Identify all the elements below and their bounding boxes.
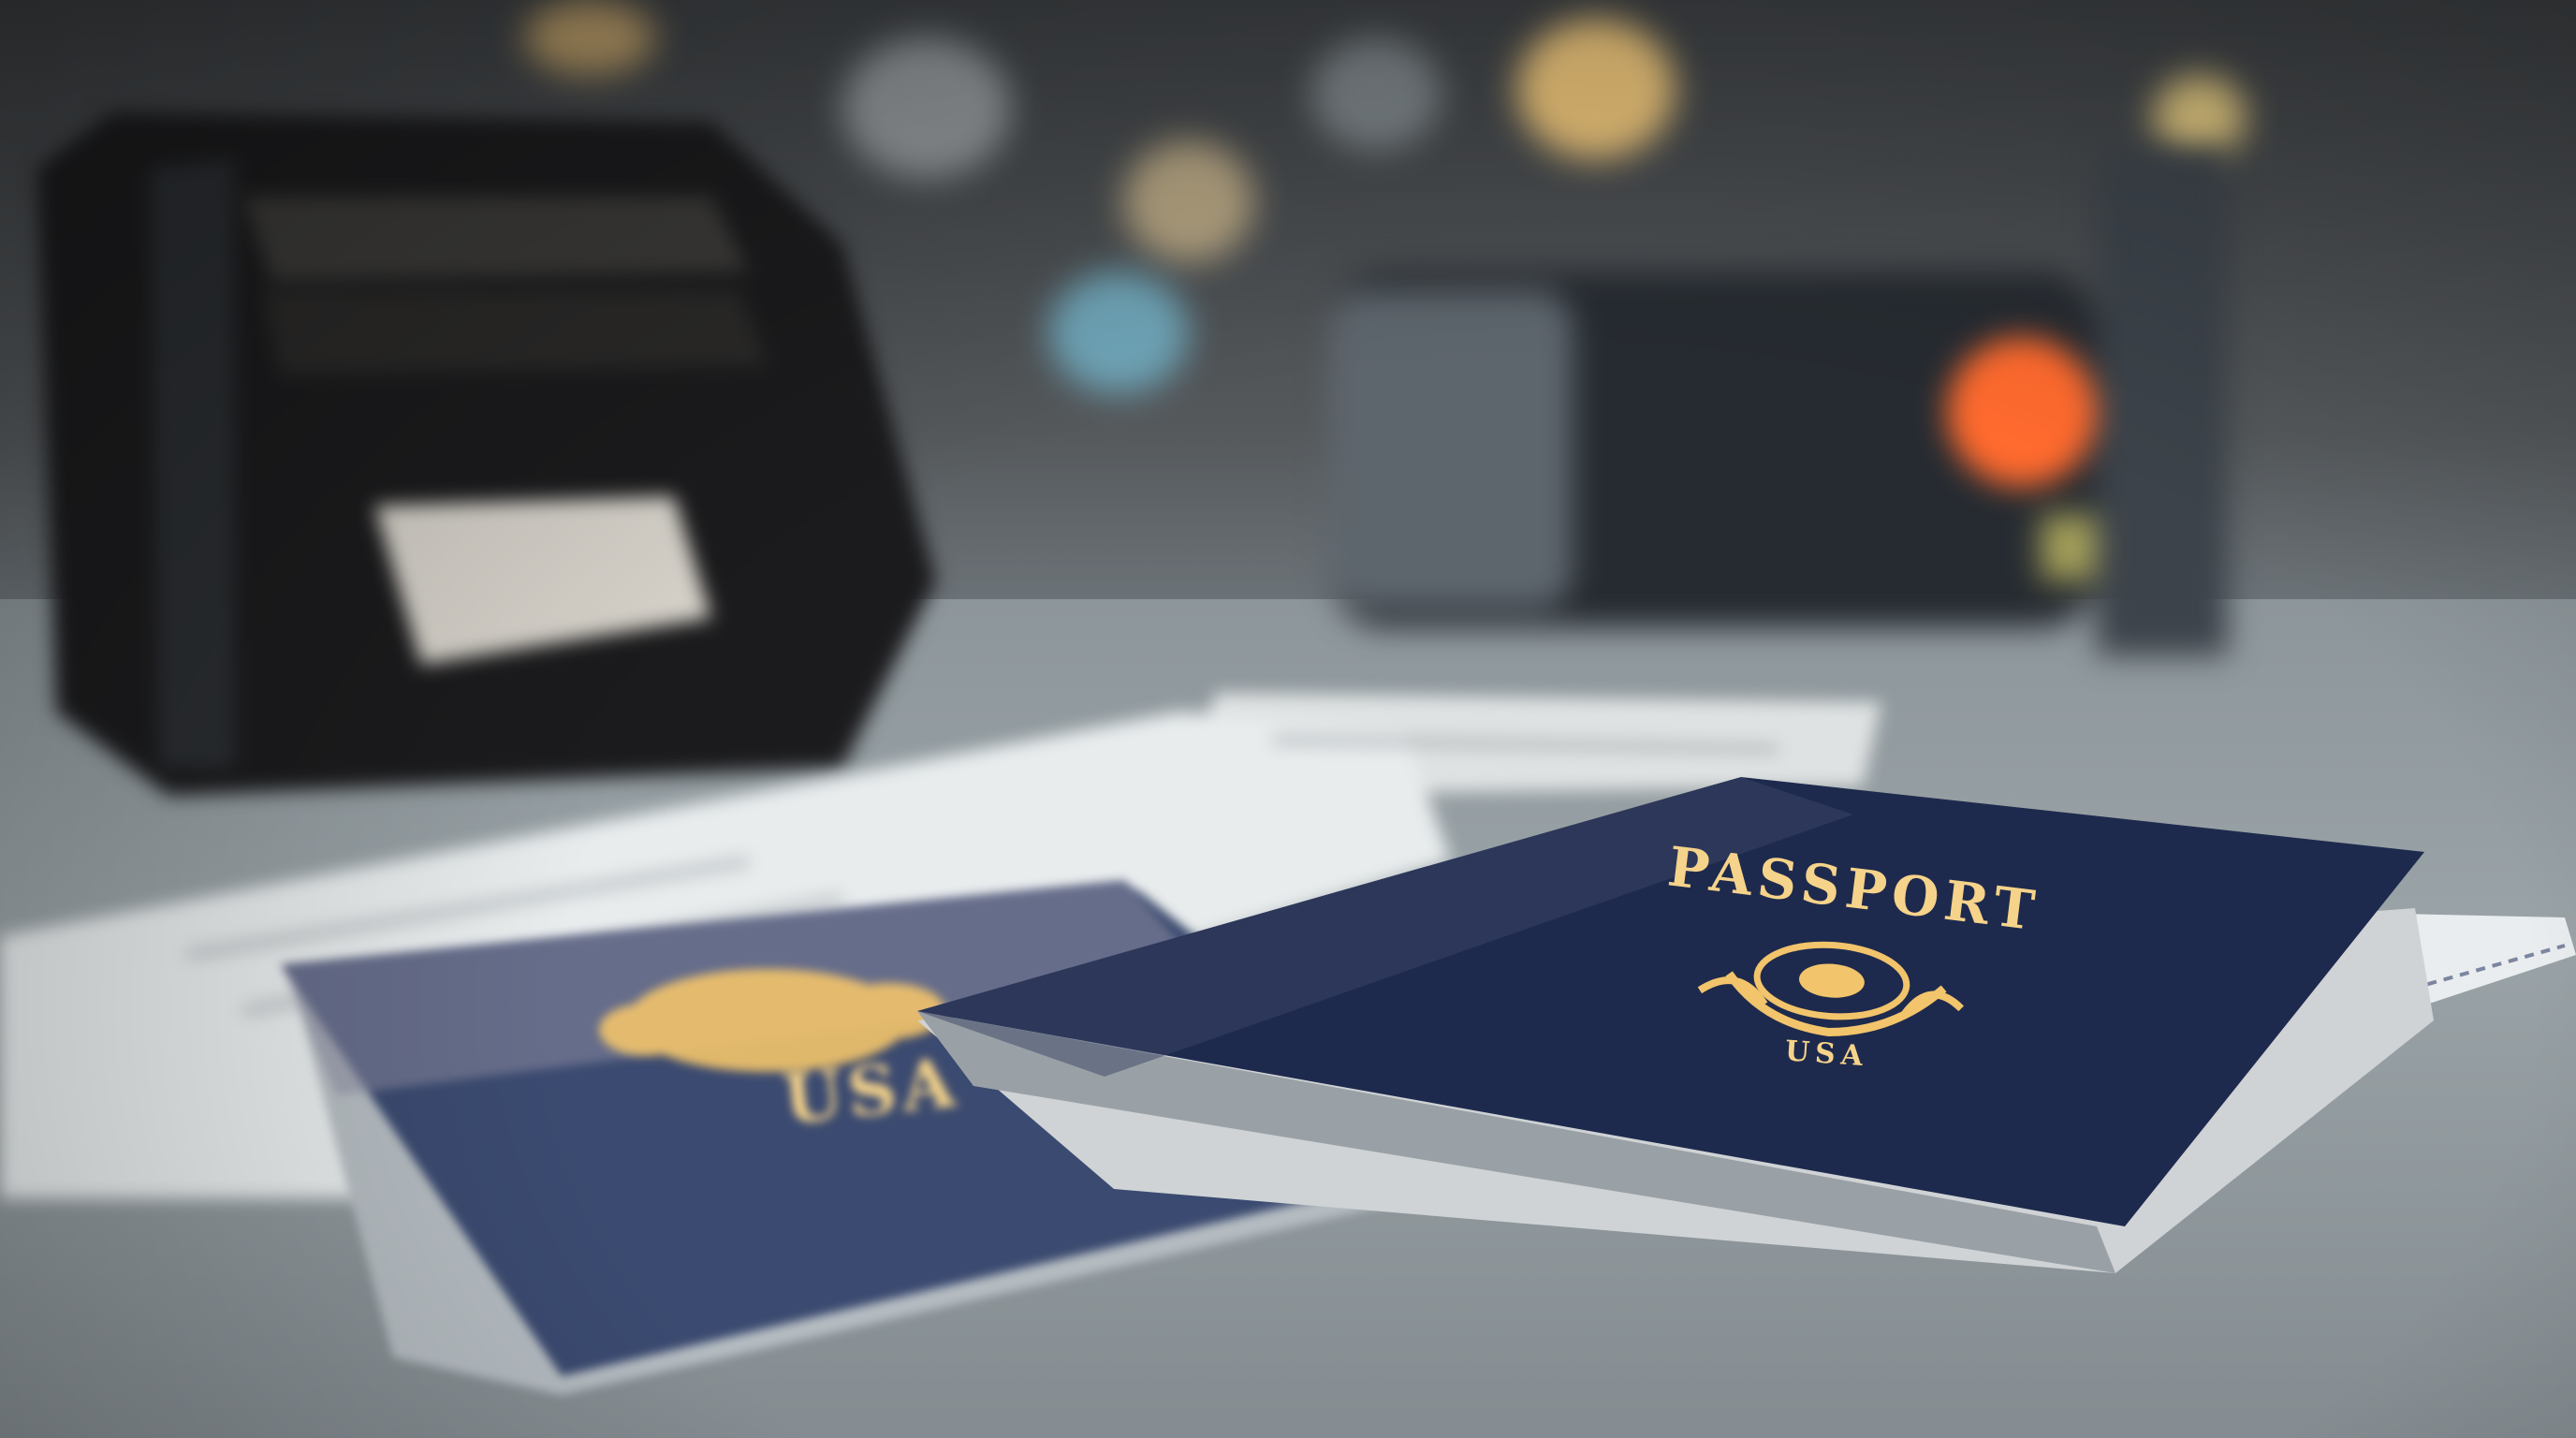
bokeh-light (1123, 140, 1254, 262)
emblem-text: USA (1784, 1034, 1869, 1073)
bokeh-light (1516, 19, 1676, 159)
bokeh-light (1310, 37, 1442, 150)
photo-scene: USA PASSPORT USA (0, 0, 2576, 1438)
document-scanner-right (1292, 140, 2228, 665)
passport-front: PASSPORT USA (917, 777, 2452, 1301)
bokeh-light (1048, 271, 1189, 393)
